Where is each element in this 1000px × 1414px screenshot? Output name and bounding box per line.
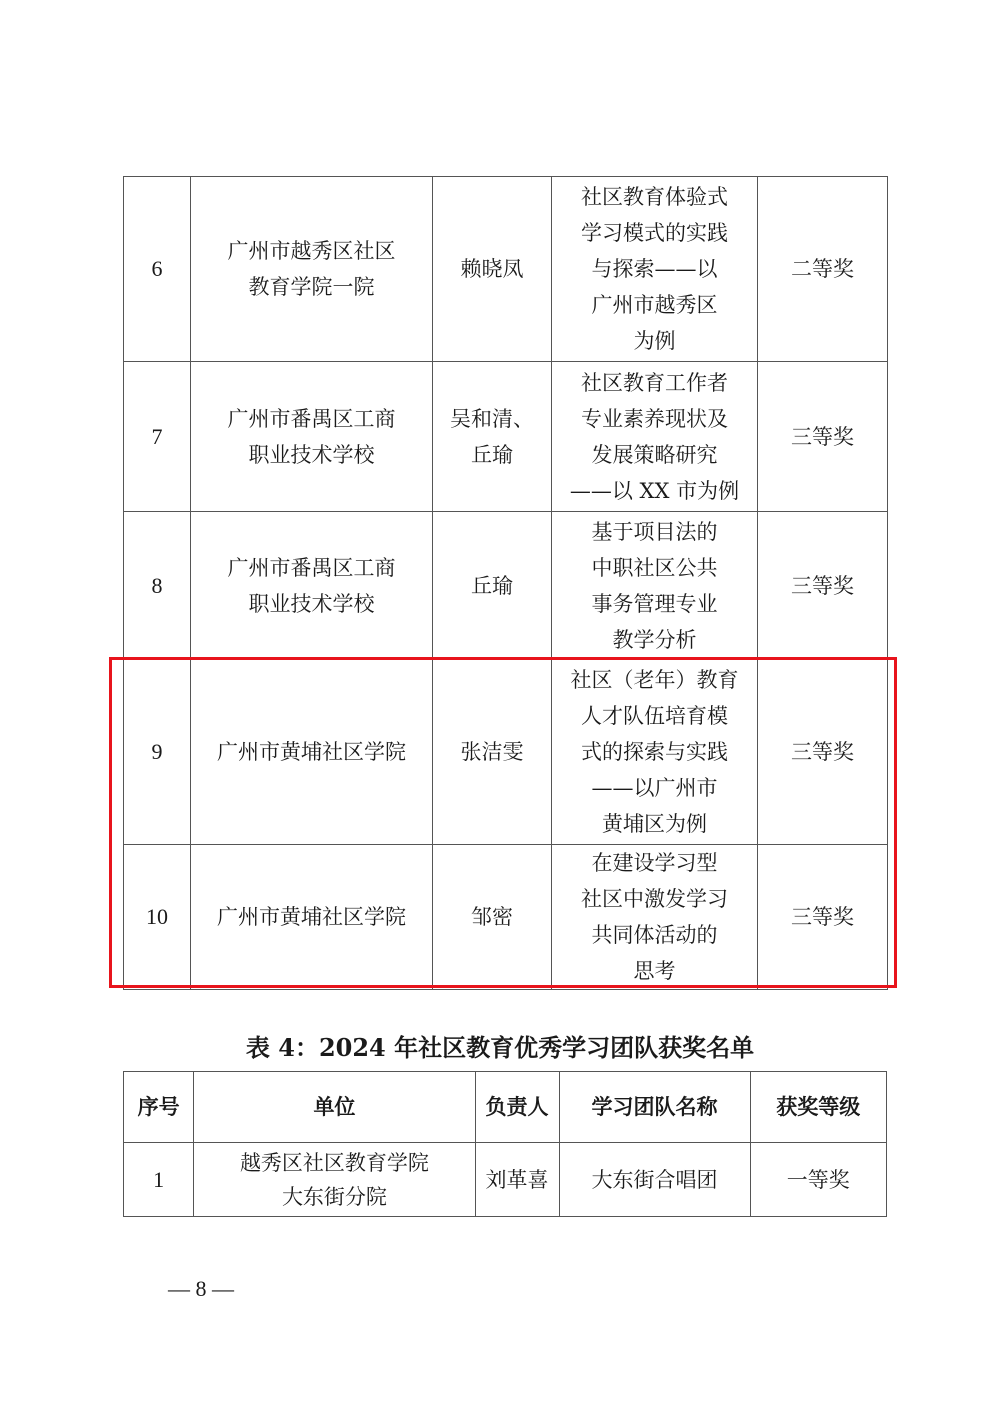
title-cell: 社区教育工作者 专业素养现状及 发展策略研究 ——以 XX 市为例 [552,362,758,512]
title-line: 与探索——以 [556,251,753,287]
title-line: 发展策略研究 [556,437,753,473]
table-row: 1 越秀区社区教育学院 大东街分院 刘革喜 大东街合唱团 一等奖 [124,1143,887,1217]
header-award-level: 获奖等级 [750,1072,886,1143]
award-cell: 一等奖 [750,1143,886,1217]
title-line: 专业素养现状及 [556,401,753,437]
unit-line: 广州市黄埔社区学院 [195,899,428,935]
award-cell: 三等奖 [758,660,888,845]
unit-cell: 广州市番禺区工商 职业技术学校 [191,512,433,660]
author-cell: 吴和清、 丘瑜 [433,362,552,512]
author-line: 丘瑜 [437,568,547,604]
title-line: 式的探索与实践 [556,734,753,770]
leader-cell: 刘革喜 [475,1143,559,1217]
author-cell: 邹密 [433,845,552,990]
unit-line: 教育学院一院 [195,269,428,305]
unit-line: 职业技术学校 [195,586,428,622]
row-number: 1 [124,1143,194,1217]
unit-line: 职业技术学校 [195,437,428,473]
title-line: 人才队伍培育模 [556,698,753,734]
author-line: 赖晓凤 [437,251,547,287]
unit-line: 大东街分院 [198,1180,470,1214]
row-number: 6 [124,177,191,362]
unit-cell: 广州市黄埔社区学院 [191,660,433,845]
author-line: 丘瑜 [437,437,547,473]
row-number: 8 [124,512,191,660]
title-line: 为例 [556,323,753,359]
title-line: 黄埔区为例 [556,806,753,842]
awards-table-4: 序号 单位 负责人 学习团队名称 获奖等级 1 越秀区社区教育学院 大东街分院 … [123,1071,887,1217]
unit-line: 广州市黄埔社区学院 [195,734,428,770]
unit-cell: 越秀区社区教育学院 大东街分院 [194,1143,475,1217]
title-line: 社区教育工作者 [556,365,753,401]
author-line: 吴和清、 [437,401,547,437]
title-line: 中职社区公共 [556,550,753,586]
table-row: 8 广州市番禺区工商 职业技术学校 丘瑜 基于项目法的 中职社区公共 事务管理专… [124,512,888,660]
title-line: 社区（老年）教育 [556,662,753,698]
title-line: ——以广州市 [556,770,753,806]
title-cell: 社区（老年）教育 人才队伍培育模 式的探索与实践 ——以广州市 黄埔区为例 [552,660,758,845]
unit-cell: 广州市番禺区工商 职业技术学校 [191,362,433,512]
author-line: 张洁雯 [437,734,547,770]
title-line: 事务管理专业 [556,586,753,622]
unit-line: 越秀区社区教育学院 [198,1146,470,1180]
title-line: ——以 XX 市为例 [556,473,753,509]
table-header-row: 序号 单位 负责人 学习团队名称 获奖等级 [124,1072,887,1143]
title-cell: 社区教育体验式 学习模式的实践 与探索——以 广州市越秀区 为例 [552,177,758,362]
title-line: 基于项目法的 [556,514,753,550]
title-line: 教学分析 [556,622,753,658]
title-line: 在建设学习型 [556,845,753,881]
title-line: 思考 [556,953,753,989]
table-4-caption: 表 4：2024 年社区教育优秀学习团队获奖名单 [0,1028,1000,1063]
unit-cell: 广州市越秀区社区 教育学院一院 [191,177,433,362]
award-cell: 二等奖 [758,177,888,362]
table-row: 9 广州市黄埔社区学院 张洁雯 社区（老年）教育 人才队伍培育模 式的探索与实践… [124,660,888,845]
author-cell: 张洁雯 [433,660,552,845]
page-number: — 8 — [168,1276,234,1302]
title-line: 共同体活动的 [556,917,753,953]
header-unit: 单位 [194,1072,475,1143]
unit-cell: 广州市黄埔社区学院 [191,845,433,990]
award-cell: 三等奖 [758,512,888,660]
row-number: 10 [124,845,191,990]
author-cell: 丘瑜 [433,512,552,660]
author-line: 邹密 [437,899,547,935]
award-cell: 三等奖 [758,362,888,512]
row-number: 9 [124,660,191,845]
table-row: 6 广州市越秀区社区 教育学院一院 赖晓凤 社区教育体验式 学习模式的实践 与探… [124,177,888,362]
header-leader: 负责人 [475,1072,559,1143]
title-line: 社区中激发学习 [556,881,753,917]
table-row: 10 广州市黄埔社区学院 邹密 在建设学习型 社区中激发学习 共同体活动的 思考… [124,845,888,990]
team-cell: 大东街合唱团 [559,1143,750,1217]
row-number: 7 [124,362,191,512]
title-cell: 在建设学习型 社区中激发学习 共同体活动的 思考 [552,845,758,990]
unit-line: 广州市番禺区工商 [195,550,428,586]
unit-line: 广州市越秀区社区 [195,233,428,269]
table-row: 7 广州市番禺区工商 职业技术学校 吴和清、 丘瑜 社区教育工作者 专业素养现状… [124,362,888,512]
title-line: 社区教育体验式 [556,179,753,215]
title-cell: 基于项目法的 中职社区公共 事务管理专业 教学分析 [552,512,758,660]
author-cell: 赖晓凤 [433,177,552,362]
awards-table-3-continued: 6 广州市越秀区社区 教育学院一院 赖晓凤 社区教育体验式 学习模式的实践 与探… [123,176,888,990]
title-line: 广州市越秀区 [556,287,753,323]
unit-line: 广州市番禺区工商 [195,401,428,437]
header-number: 序号 [124,1072,194,1143]
title-line: 学习模式的实践 [556,215,753,251]
header-team-name: 学习团队名称 [559,1072,750,1143]
award-cell: 三等奖 [758,845,888,990]
